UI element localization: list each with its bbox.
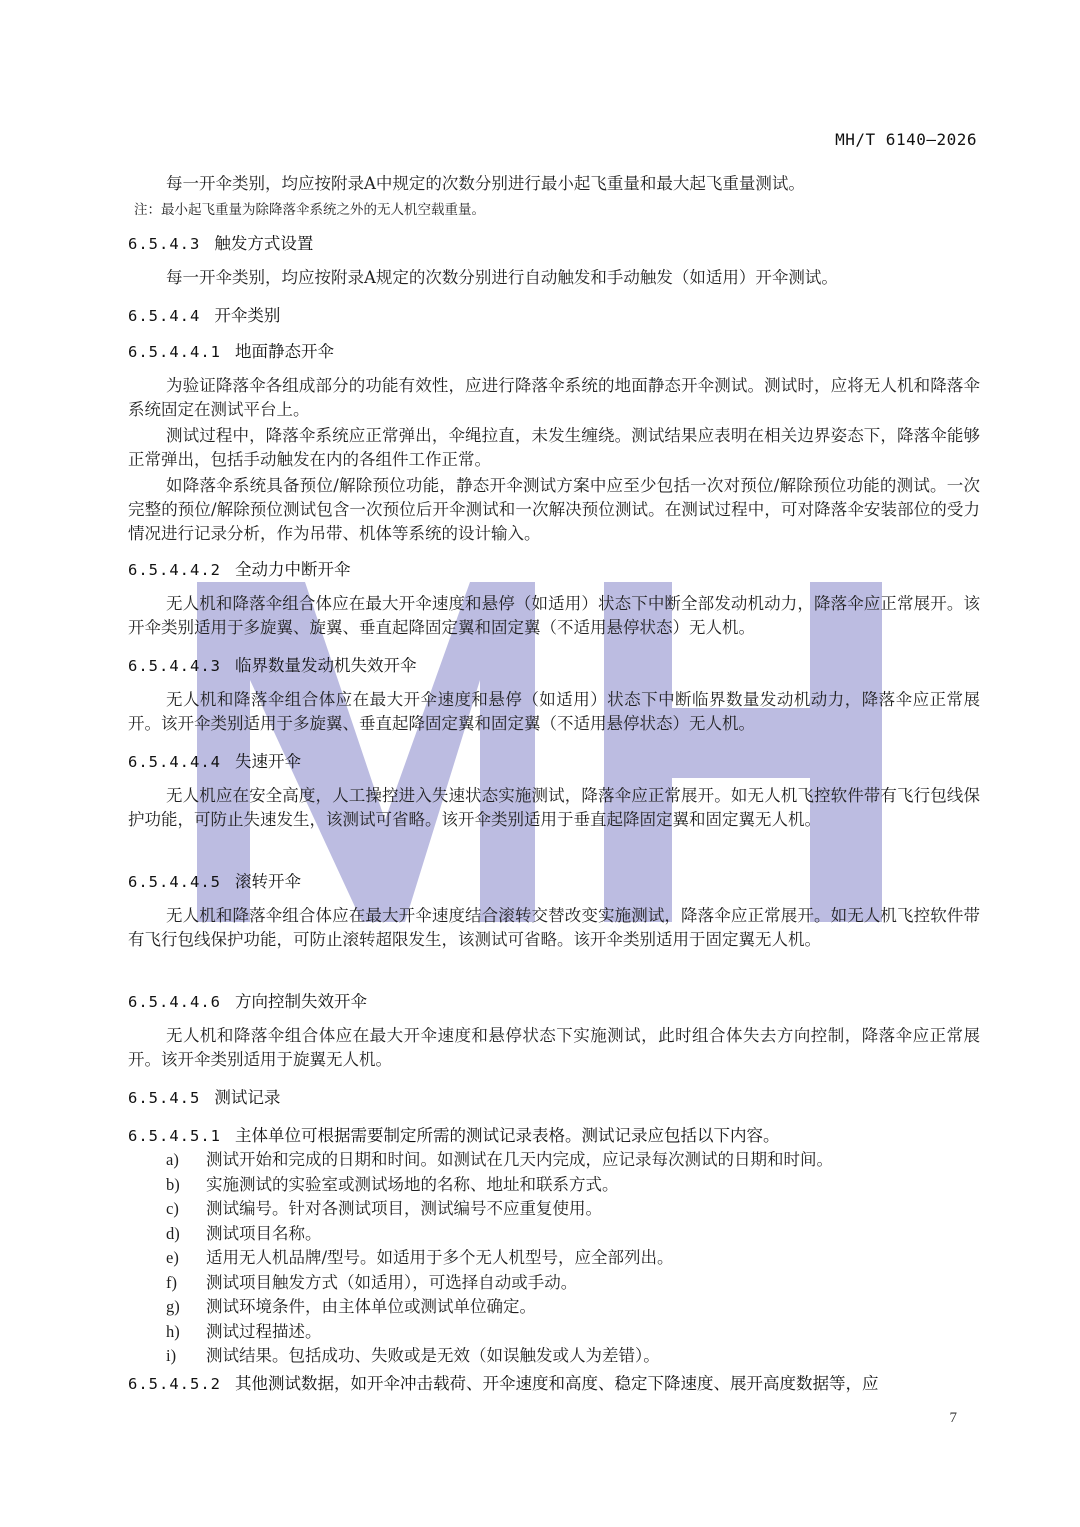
section-heading: 6.5.4.3触发方式设置 [128, 232, 980, 256]
section-title: 临界数量发动机失效开伞 [235, 656, 417, 675]
list-text: 测试结果。包括成功、失败或是无效（如误触发或人为差错）。 [206, 1346, 660, 1365]
paragraph: 为验证降落伞各组成部分的功能有效性，应进行降落伞系统的地面静态开伞测试。测试时，… [128, 374, 980, 422]
paragraph: 测试过程中，降落伞系统应正常弹出，伞绳拉直，未发生缠绕。测试结果应表明在相关边界… [128, 424, 980, 472]
list-item: h)测试过程描述。 [128, 1320, 980, 1345]
paragraph: 如降落伞系统具备预位/解除预位功能，静态开伞测试方案中应至少包括一次对预位/解除… [128, 474, 980, 546]
page-number: 7 [950, 1410, 958, 1427]
paragraph: 每一开伞类别，均应按附录A中规定的次数分别进行最小起飞重量和最大起飞重量测试。 [128, 172, 980, 196]
standard-code: MH/T 6140—2026 [835, 130, 977, 149]
clause-number: 6.5.4.5.1 [128, 1127, 221, 1145]
list-text: 测试项目名称。 [206, 1224, 322, 1243]
list-marker: i) [166, 1344, 206, 1369]
list-item: f)测试项目触发方式（如适用），可选择自动或手动。 [128, 1271, 980, 1296]
list-item: g)测试环境条件，由主体单位或测试单位确定。 [128, 1295, 980, 1320]
section-number: 6.5.4.4.3 [128, 657, 221, 675]
list-item: a)测试开始和完成的日期和时间。如测试在几天内完成，应记录每次测试的日期和时间。 [128, 1148, 980, 1173]
paragraph: 无人机和降落伞组合体应在最大开伞速度结合滚转交替改变实施测试，降落伞应正常展开。… [128, 904, 980, 952]
section-title: 触发方式设置 [214, 234, 313, 253]
section-number: 6.5.4.4 [128, 307, 200, 325]
section-heading: 6.5.4.4.4失速开伞 [128, 750, 980, 774]
list-marker: e) [166, 1246, 206, 1271]
clause-text: 其他测试数据，如开伞冲击载荷、开伞速度和高度、稳定下降速度、展开高度数据等，应 [235, 1374, 879, 1393]
section-title: 开伞类别 [214, 306, 280, 325]
section-number: 6.5.4.4.1 [128, 343, 221, 361]
section-title: 测试记录 [214, 1088, 280, 1107]
paragraph: 无人机应在安全高度，人工操控进入失速状态实施测试，降落伞应正常展开。如无人机飞控… [128, 784, 980, 832]
section-heading: 6.5.4.4.2全动力中断开伞 [128, 558, 980, 582]
list-item: d)测试项目名称。 [128, 1222, 980, 1247]
list-text: 测试过程描述。 [206, 1322, 322, 1341]
section-heading: 6.5.4.4.6方向控制失效开伞 [128, 990, 980, 1014]
section-number: 6.5.4.5 [128, 1089, 200, 1107]
section-title: 地面静态开伞 [235, 342, 334, 361]
section-number: 6.5.4.4.4 [128, 753, 221, 771]
section-title: 全动力中断开伞 [235, 560, 351, 579]
clause-number: 6.5.4.5.2 [128, 1375, 221, 1393]
section-heading: 6.5.4.4.1地面静态开伞 [128, 340, 980, 364]
list-item: c)测试编号。针对各测试项目，测试编号不应重复使用。 [128, 1197, 980, 1222]
list-marker: a) [166, 1148, 206, 1173]
list-marker: d) [166, 1222, 206, 1247]
section-title: 滚转开伞 [235, 872, 301, 891]
list-item: i)测试结果。包括成功、失败或是无效（如误触发或人为差错）。 [128, 1344, 980, 1369]
section-heading: 6.5.4.5测试记录 [128, 1086, 980, 1110]
list-marker: b) [166, 1173, 206, 1198]
clause-text: 主体单位可根据需要制定所需的测试记录表格。测试记录应包括以下内容。 [235, 1126, 780, 1145]
list-item: e)适用无人机品牌/型号。如适用于多个无人机型号，应全部列出。 [128, 1246, 980, 1271]
section-number: 6.5.4.4.2 [128, 561, 221, 579]
list-marker: c) [166, 1197, 206, 1222]
list-text: 适用无人机品牌/型号。如适用于多个无人机型号，应全部列出。 [206, 1248, 674, 1267]
list-item: b)实施测试的实验室或测试场地的名称、地址和联系方式。 [128, 1173, 980, 1198]
section-title: 方向控制失效开伞 [235, 992, 367, 1011]
list-text: 测试开始和完成的日期和时间。如测试在几天内完成，应记录每次测试的日期和时间。 [206, 1150, 833, 1169]
paragraph: 无人机和降落伞组合体应在最大开伞速度和悬停状态下实施测试，此时组合体失去方向控制… [128, 1024, 980, 1072]
section-heading: 6.5.4.4.5滚转开伞 [128, 870, 980, 894]
section-heading: 6.5.4.4开伞类别 [128, 304, 980, 328]
section-heading: 6.5.4.4.3临界数量发动机失效开伞 [128, 654, 980, 678]
clause: 6.5.4.5.2其他测试数据，如开伞冲击载荷、开伞速度和高度、稳定下降速度、展… [128, 1372, 980, 1396]
clause: 6.5.4.5.1主体单位可根据需要制定所需的测试记录表格。测试记录应包括以下内… [128, 1124, 980, 1148]
document-page: MH/T 6140—2026 每一开伞类别，均应按附录A中规定的次数分别进行最小… [0, 0, 1080, 1527]
paragraph: 无人机和降落伞组合体应在最大开伞速度和悬停（如适用）状态下中断临界数量发动机动力… [128, 688, 980, 736]
paragraph: 每一开伞类别，均应按附录A规定的次数分别进行自动触发和手动触发（如适用）开伞测试… [128, 266, 980, 290]
list-marker: g) [166, 1295, 206, 1320]
section-number: 6.5.4.3 [128, 235, 200, 253]
section-title: 失速开伞 [235, 752, 301, 771]
list-text: 测试编号。针对各测试项目，测试编号不应重复使用。 [206, 1199, 602, 1218]
section-number: 6.5.4.4.6 [128, 993, 221, 1011]
list-marker: h) [166, 1320, 206, 1345]
list-marker: f) [166, 1271, 206, 1296]
paragraph: 无人机和降落伞组合体应在最大开伞速度和悬停（如适用）状态下中断全部发动机动力，降… [128, 592, 980, 640]
list-text: 测试环境条件，由主体单位或测试单位确定。 [206, 1297, 536, 1316]
list-text: 实施测试的实验室或测试场地的名称、地址和联系方式。 [206, 1175, 619, 1194]
note-text: 注：最小起飞重量为除降落伞系统之外的无人机空载重量。 [128, 200, 980, 220]
section-number: 6.5.4.4.5 [128, 873, 221, 891]
list-text: 测试项目触发方式（如适用），可选择自动或手动。 [206, 1273, 577, 1292]
